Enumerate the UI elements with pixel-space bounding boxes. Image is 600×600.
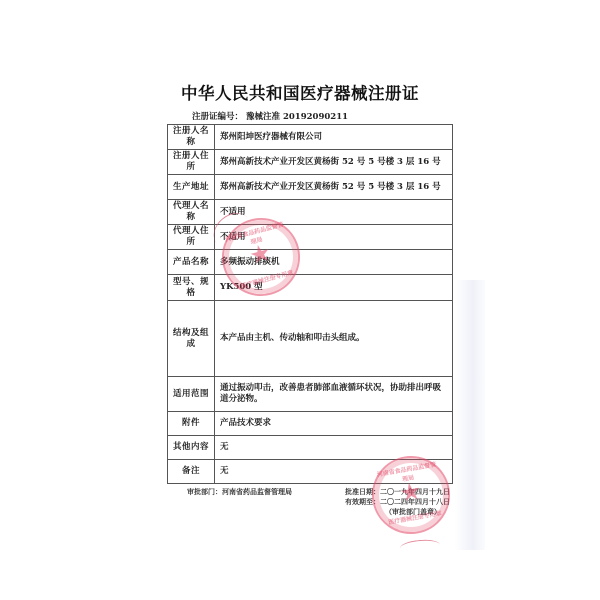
- stamp-mark: [400, 538, 441, 554]
- row-label: 结构及组成: [168, 301, 215, 377]
- registration-number-value: 豫械注准 20192090211: [246, 112, 348, 122]
- seal-center-text: 医疗器械注册专用章: [388, 510, 442, 526]
- row-label: 型号、规格: [168, 275, 215, 301]
- row-value: 产品技术要求: [215, 412, 453, 436]
- row-label: 其他内容: [168, 436, 215, 460]
- row-label: 生产地址: [168, 175, 215, 200]
- certificate-page: 中华人民共和国医疗器械注册证 注册证编号：豫械注准 20192090211 注册…: [0, 0, 600, 600]
- document-title: 中华人民共和国医疗器械注册证: [0, 80, 600, 104]
- table-row: 适用范围 通过振动叩击，改善患者肺部血液循环状况，协助排出呼吸道分泌物。: [168, 377, 453, 412]
- registration-number-label: 注册证编号：: [192, 112, 243, 122]
- row-label: 注册人住所: [168, 150, 215, 175]
- seal-center-text: 医疗器械注册专用章: [240, 269, 294, 290]
- table-row: 结构及组成 本产品由主机、传动轴和叩击头组成。: [168, 301, 453, 377]
- row-label: 代理人名称: [168, 200, 215, 225]
- row-value: 郑州高新技术产业开发区黄杨街 52 号 5 号楼 3 层 16 号: [215, 150, 453, 175]
- table-row: 代理人名称 不适用: [168, 200, 453, 225]
- row-label: 注册人名称: [168, 125, 215, 150]
- row-value: 郑州高新技术产业开发区黄杨街 52 号 5 号楼 3 层 16 号: [215, 175, 453, 200]
- certificate-table: 注册人名称 郑州阳坤医疗器械有限公司 注册人住所 郑州高新技术产业开发区黄杨街 …: [167, 124, 453, 484]
- table-row: 生产地址 郑州高新技术产业开发区黄杨街 52 号 5 号楼 3 层 16 号: [168, 175, 453, 200]
- row-label: 代理人住所: [168, 225, 215, 250]
- table-row: 产品名称 多频振动排痰机: [168, 250, 453, 275]
- scan-edge-shadow: [455, 280, 485, 550]
- row-label: 适用范围: [168, 377, 215, 412]
- table-row: 代理人住所 不适用: [168, 225, 453, 250]
- registration-number: 注册证编号：豫械注准 20192090211: [192, 110, 351, 122]
- row-value: 本产品由主机、传动轴和叩击头组成。: [215, 301, 453, 377]
- row-value: 通过振动叩击，改善患者肺部血液循环状况，协助排出呼吸道分泌物。: [215, 377, 453, 412]
- approval-department: 审批部门：河南省药品监督管理局: [187, 487, 292, 497]
- row-label: 附件: [168, 412, 215, 436]
- row-label: 备注: [168, 460, 215, 484]
- row-label: 产品名称: [168, 250, 215, 275]
- row-value: 郑州阳坤医疗器械有限公司: [215, 125, 453, 150]
- table-row: 注册人名称 郑州阳坤医疗器械有限公司: [168, 125, 453, 150]
- table-row: 注册人住所 郑州高新技术产业开发区黄杨街 52 号 5 号楼 3 层 16 号: [168, 150, 453, 175]
- table-row: 型号、规格 YK500 型: [168, 275, 453, 301]
- table-row: 附件 产品技术要求: [168, 412, 453, 436]
